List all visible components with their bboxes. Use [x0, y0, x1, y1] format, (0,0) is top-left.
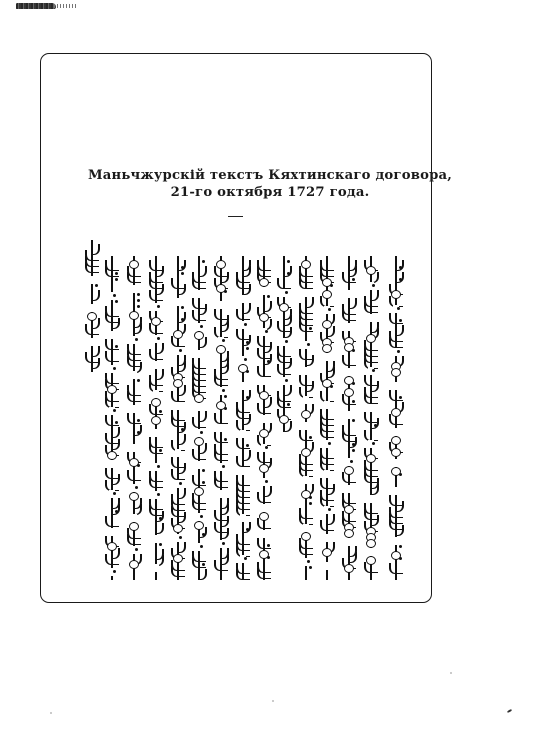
title-rule [228, 216, 243, 217]
scan-speck [507, 709, 512, 713]
manchu-column [191, 256, 207, 580]
manchu-column [388, 256, 404, 580]
scan-speck [450, 672, 452, 674]
manchu-column [104, 256, 120, 580]
manchu-column [363, 256, 379, 580]
manchu-column [170, 256, 186, 580]
manchu-column [84, 240, 100, 372]
manchu-column [126, 256, 142, 580]
manchu-column [148, 256, 164, 580]
manchu-column [256, 256, 272, 580]
page-title-line-2: 21-го октября 1727 года. [20, 185, 520, 200]
manchu-column [213, 256, 229, 580]
manchu-column [319, 256, 335, 580]
page-title-line-1: Маньчжурскій текстъ Кяхтинскаго договора… [20, 168, 520, 183]
scan-speck [272, 700, 274, 702]
manchu-column [298, 256, 314, 580]
scan-speck [50, 712, 52, 714]
manchu-column [276, 256, 292, 432]
scan-smudge [16, 3, 56, 9]
manchu-column [235, 256, 251, 580]
manchu-column [341, 256, 357, 580]
